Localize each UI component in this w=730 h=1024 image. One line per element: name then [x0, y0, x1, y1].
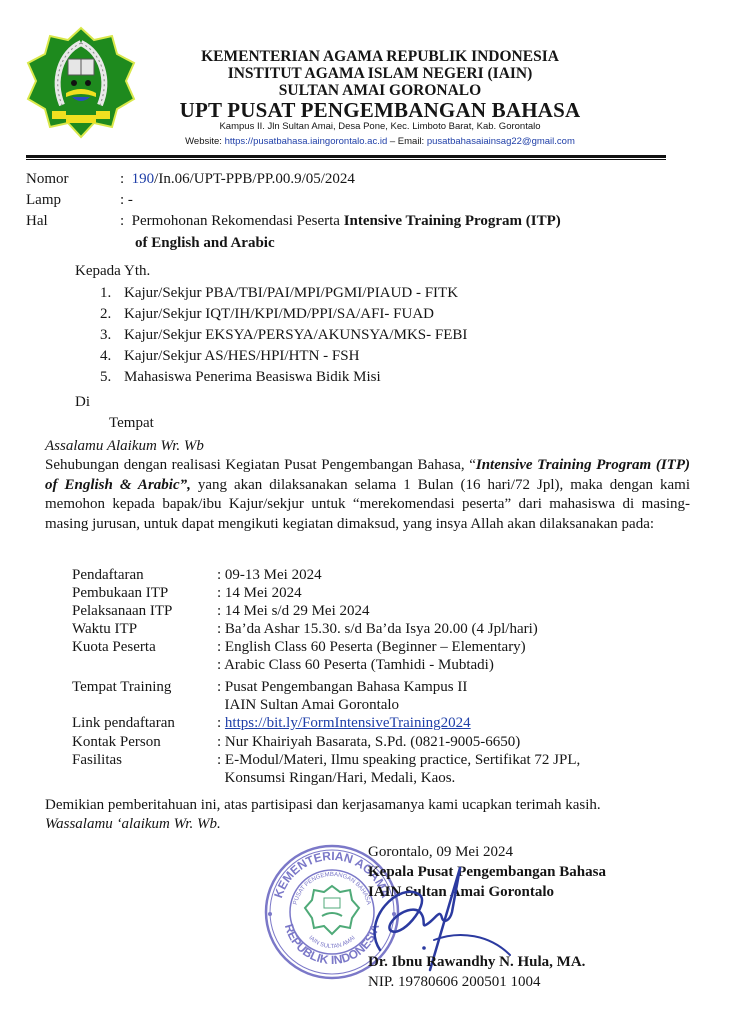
institution-logo: [22, 25, 140, 143]
closing-thanks: Demikian pemberitahuan ini, atas partisi…: [45, 796, 601, 814]
recipient-number: 5.: [100, 368, 111, 386]
detail-value: : Nur Khairiyah Basarata, S.Pd. (0821-90…: [217, 733, 520, 751]
recipient-item: Kajur/Sekjur IQT/IH/KPI/MD/PPI/SA/AFI- F…: [124, 305, 434, 323]
hal-bold: Intensive Training Program (ITP): [344, 213, 561, 229]
body-paragraph: Sehubungan dengan realisasi Kegiatan Pus…: [45, 456, 690, 534]
registration-link[interactable]: https://bit.ly/FormIntensiveTraining2024: [225, 715, 471, 731]
signer-name: Dr. Ibnu Rawandhy N. Hula, MA.: [368, 953, 585, 971]
detail-label: Pendaftaran: [72, 566, 144, 584]
hal-bold-line2: of English and Arabic: [135, 234, 275, 252]
detail-value: : English Class 60 Peserta (Beginner – E…: [217, 638, 526, 656]
detail-value: : 14 Mei 2024: [217, 584, 302, 602]
detail-value: : 09-13 Mei 2024: [217, 566, 322, 584]
detail-value: : E-Modul/Materi, Ilmu speaking practice…: [217, 751, 580, 769]
nomor-value: : 190/In.06/UPT-PPB/PP.00.9/05/2024: [120, 170, 355, 188]
signer-nip: NIP. 19780606 200501 1004: [368, 973, 541, 991]
recipient-number: 2.: [100, 305, 111, 323]
recipient-item: Kajur/Sekjur EKSYA/PERSYA/AKUNSYA/MKS- F…: [124, 326, 467, 344]
hal-value: : Permohonan Rekomendasi Peserta Intensi…: [120, 212, 561, 230]
unit-name: UPT PUSAT PENGEMBANGAN BAHASA: [150, 98, 610, 123]
recipient-number: 4.: [100, 347, 111, 365]
iain-emblem-icon: [22, 25, 140, 143]
place-date: Gorontalo, 09 Mei 2024: [368, 843, 513, 861]
detail-label: Kuota Peserta: [72, 638, 156, 656]
recipient-item: Kajur/Sekjur AS/HES/HPI/HTN - FSH: [124, 347, 359, 365]
detail-value: : Pusat Pengembangan Bahasa Kampus II: [217, 678, 467, 696]
tempat-label: Tempat: [109, 414, 154, 432]
detail-value: : Ba’da Ashar 15.30. s/d Ba’da Isya 20.0…: [217, 620, 538, 638]
recipient-number: 1.: [100, 284, 111, 302]
detail-label: Tempat Training: [72, 678, 171, 696]
hal-label: Hal: [26, 212, 48, 230]
detail-label: Pembukaan ITP: [72, 584, 168, 602]
closing-salam: Wassalamu ‘alaikum Wr. Wb.: [45, 815, 221, 833]
letterhead-divider-thin: [26, 159, 666, 160]
hal-plain: Permohonan Rekomendasi Peserta: [132, 213, 344, 229]
recipient-greeting: Kepada Yth.: [75, 262, 150, 280]
recipient-number: 3.: [100, 326, 111, 344]
lamp-label: Lamp: [26, 191, 61, 209]
contact-line: Website: https://pusatbahasa.iaingoronta…: [150, 136, 610, 147]
nomor-rest: /In.06/UPT-PPB/PP.00.9/05/2024: [154, 171, 355, 187]
ministry-name: KEMENTERIAN AGAMA REPUBLIK INDONESIA: [150, 48, 610, 66]
detail-label: Kontak Person: [72, 733, 161, 751]
detail-label: Link pendaftaran: [72, 714, 175, 732]
recipient-item: Kajur/Sekjur PBA/TBI/PAI/MPI/PGMI/PIAUD …: [124, 284, 458, 302]
svg-text:IAIN SULTAN AMAI: IAIN SULTAN AMAI: [307, 935, 357, 950]
detail-value: IAIN Sultan Amai Gorontalo: [217, 696, 399, 714]
detail-label: Pelaksanaan ITP: [72, 602, 172, 620]
email-label: – Email:: [387, 136, 427, 147]
detail-value: : https://bit.ly/FormIntensiveTraining20…: [217, 714, 471, 732]
recipient-item: Mahasiswa Penerima Beasiswa Bidik Misi: [124, 368, 381, 386]
letterhead-divider: [26, 155, 666, 158]
detail-value: : Arabic Class 60 Peserta (Tamhidi - Mub…: [217, 656, 494, 674]
email-link[interactable]: pusatbahasaiainsag22@gmail.com: [427, 136, 575, 147]
address: Kampus II. Jln Sultan Amai, Desa Pone, K…: [150, 121, 610, 132]
website-link[interactable]: https://pusatbahasa.iaingorontalo.ac.id: [225, 136, 388, 147]
detail-label: Waktu ITP: [72, 620, 137, 638]
nomor-label: Nomor: [26, 170, 69, 188]
institute-name: INSTITUT AGAMA ISLAM NEGERI (IAIN): [150, 65, 610, 83]
detail-value: : 14 Mei s/d 29 Mei 2024: [217, 602, 370, 620]
website-label: Website:: [185, 136, 224, 147]
detail-value: Konsumsi Ringan/Hari, Medali, Kaos.: [217, 769, 455, 787]
opening-salam: Assalamu Alaikum Wr. Wb: [45, 437, 204, 455]
di-label: Di: [75, 393, 90, 411]
nomor-number: 190: [132, 171, 155, 187]
detail-label: Fasilitas: [72, 751, 122, 769]
lamp-value: : -: [120, 191, 133, 209]
